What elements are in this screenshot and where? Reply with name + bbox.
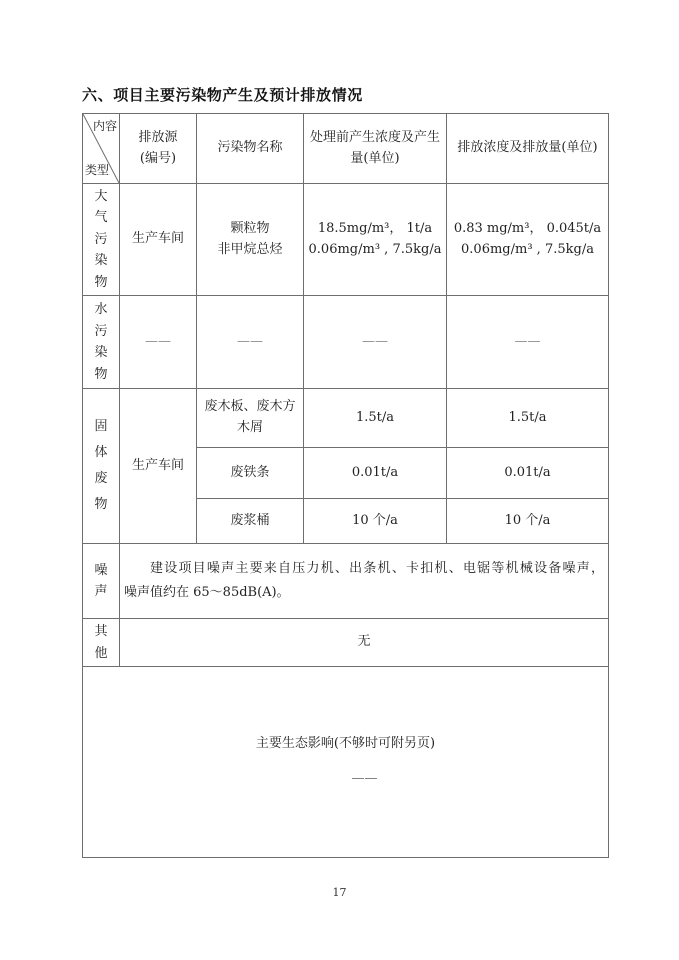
noise-text-cell: 建设项目噪声主要来自压力机、出条机、卡扣机、电锯等机械设备噪声， 噪声值约在 6…: [120, 544, 609, 619]
solid-category-cell: 固体废物: [83, 389, 120, 544]
noise-category-label: 噪声: [95, 560, 108, 603]
ecology-label: 主要生态影响(不够时可附另页): [87, 734, 604, 755]
solid-item-pollutant-cell: 废木板、废木方 木屑: [197, 389, 304, 448]
water-emission-cell: ——: [447, 296, 609, 389]
solid-item-emission-cell: 0.01t/a: [447, 448, 609, 499]
solid-item-pollutant-cell: 废浆桶: [197, 499, 304, 544]
noise-text-line2: 噪声值约在 65～85dB(A)。: [124, 581, 604, 606]
air-category-cell: 大气污染物: [83, 184, 120, 296]
document-page: 六、项目主要污染物产生及预计排放情况 内容 类型 排放源 (编号) 污染物名称 …: [0, 0, 679, 960]
water-source-cell: ——: [120, 296, 197, 389]
other-category-cell: 其他: [83, 619, 120, 667]
other-category-label: 其他: [95, 621, 108, 664]
air-source-cell: 生产车间: [120, 184, 197, 296]
solid-item-pre-cell: 1.5t/a: [304, 389, 447, 448]
solid-item-pre-cell: 0.01t/a: [304, 448, 447, 499]
solid-item-emission-cell: 1.5t/a: [447, 389, 609, 448]
corner-cell: 内容 类型: [83, 114, 120, 184]
corner-label-content: 内容: [93, 117, 117, 136]
header-emission: 排放浓度及排放量(单位): [447, 114, 609, 184]
water-pre-cell: ——: [304, 296, 447, 389]
solid-item-pollutant-cell: 废铁条: [197, 448, 304, 499]
air-pollutant-cell: 颗粒物 非甲烷总烃: [197, 184, 304, 296]
header-pre-treatment: 处理前产生浓度及产生量(单位): [304, 114, 447, 184]
water-category-label: 水污染物: [95, 299, 108, 385]
header-source: 排放源 (编号): [120, 114, 197, 184]
solid-item-pre-cell: 10 个/a: [304, 499, 447, 544]
pollutants-table: 内容 类型 排放源 (编号) 污染物名称 处理前产生浓度及产生量(单位) 排放浓…: [82, 113, 609, 858]
water-category-cell: 水污染物: [83, 296, 120, 389]
section-title: 六、项目主要污染物产生及预计排放情况: [82, 84, 363, 105]
corner-label-type: 类型: [85, 161, 109, 180]
solid-source-cell: 生产车间: [120, 389, 197, 544]
header-pollutant-name: 污染物名称: [197, 114, 304, 184]
ecology-value: ——: [125, 769, 604, 790]
noise-text-line1: 建设项目噪声主要来自压力机、出条机、卡扣机、电锯等机械设备噪声，: [124, 557, 604, 582]
ecology-cell: 主要生态影响(不够时可附另页) ——: [83, 667, 609, 858]
air-category-label: 大气污染物: [95, 186, 108, 293]
other-text-cell: 无: [120, 619, 609, 667]
solid-item-emission-cell: 10 个/a: [447, 499, 609, 544]
page-number: 17: [0, 886, 679, 899]
air-emission-cell: 0.83 mg/m³， 0.045t/a 0.06mg/m³ , 7.5kg/a: [447, 184, 609, 296]
noise-category-cell: 噪声: [83, 544, 120, 619]
air-pre-cell: 18.5mg/m³， 1t/a 0.06mg/m³ , 7.5kg/a: [304, 184, 447, 296]
water-pollutant-cell: ——: [197, 296, 304, 389]
solid-category-label: 固体废物: [95, 414, 108, 518]
